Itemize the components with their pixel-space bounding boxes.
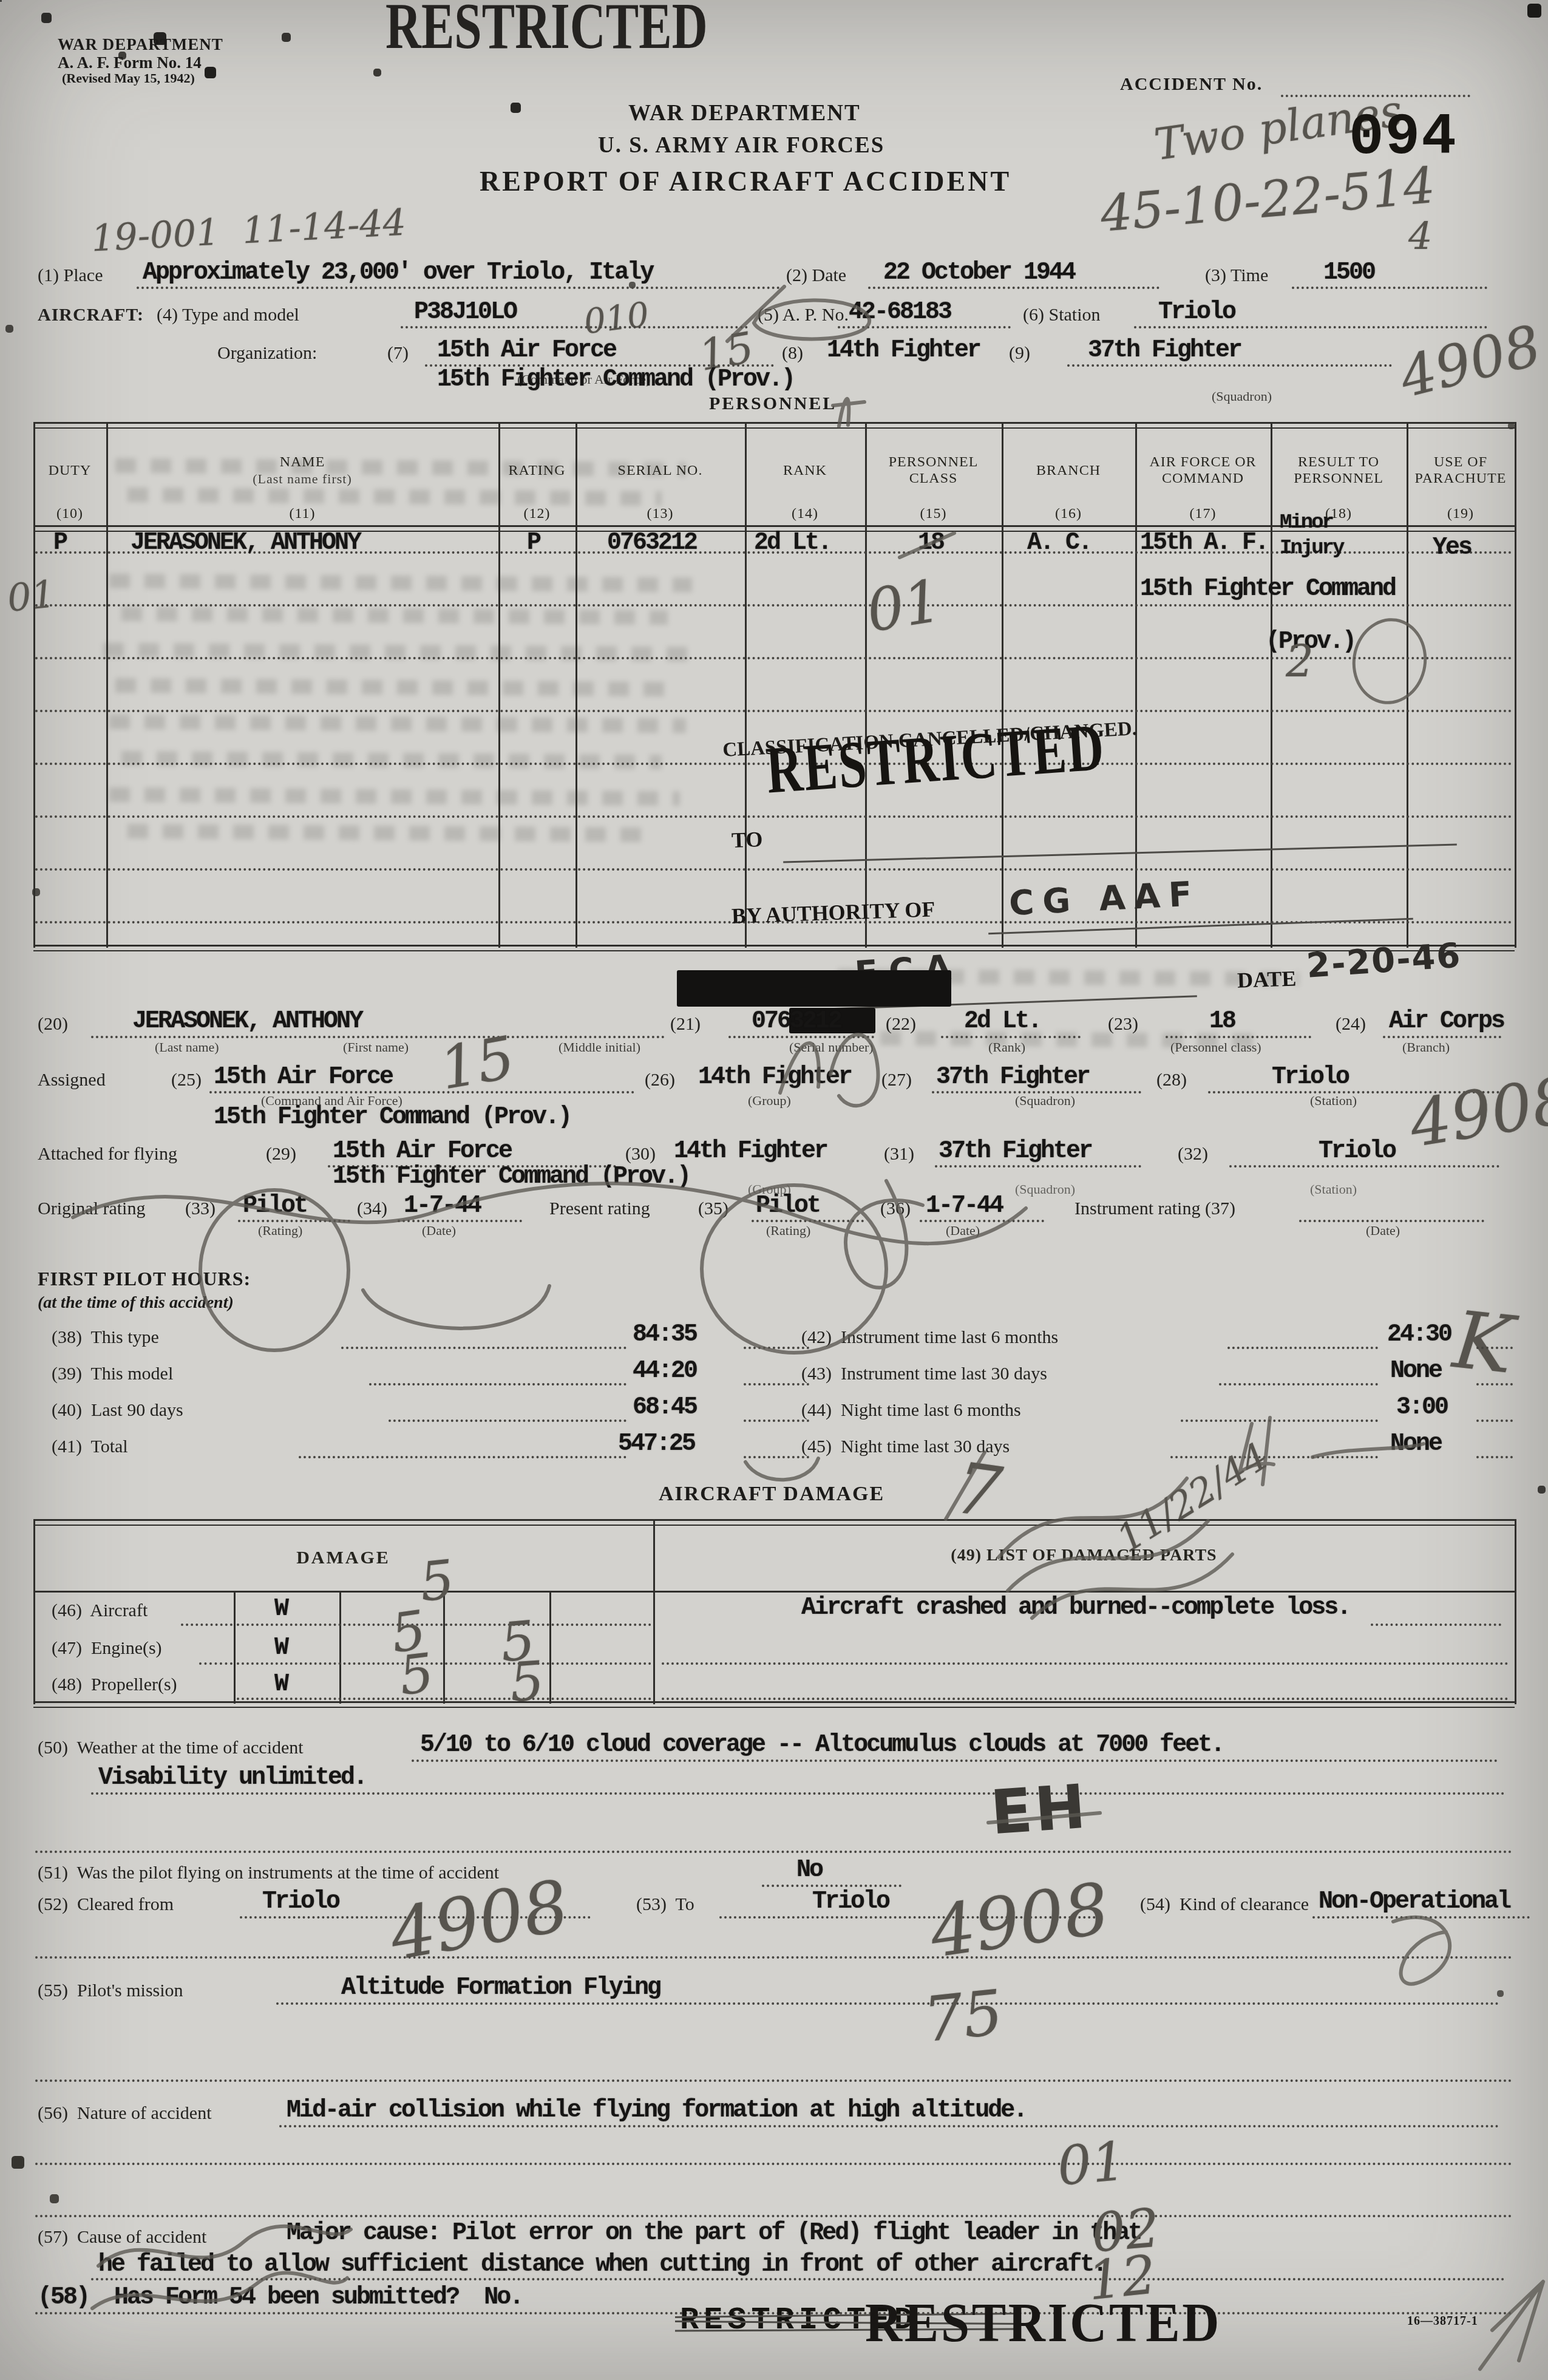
damage-46-leader (181, 1623, 233, 1626)
handwritten-case-digit: 4 (1408, 214, 1432, 258)
field-31-value: 37th Fighter (939, 1138, 1091, 1165)
bleedthrough-line (127, 824, 650, 842)
damage-47-label: (47) Engine(s) (52, 1638, 162, 1659)
hours-45-leader (1170, 1456, 1378, 1458)
table-row-rule (35, 604, 1513, 607)
sub-rating-33: (Rating) (258, 1223, 302, 1239)
field-place-label: (1) Place (38, 265, 103, 286)
field-33-rule (238, 1220, 350, 1222)
accident-number-label: ACCIDENT No. (1120, 74, 1263, 95)
hours-44-leader (1181, 1419, 1378, 1422)
row-class: 18 (918, 529, 943, 557)
sub-squadron: (Squadron) (1212, 389, 1272, 404)
first-pilot-hours-subtitle: (at the time of this accident) (38, 1293, 234, 1313)
sub-serial-number: (Serial number) (789, 1039, 874, 1055)
handwritten-date-value: 2-20-46 (1305, 936, 1462, 986)
hours-44-value: 3:00 (1396, 1394, 1447, 1421)
damage-table-top-rule (33, 1519, 1515, 1526)
field-7-value-line2: 15th Fighter Command (Prov.) (437, 366, 794, 393)
field-27-label: (27) (881, 1070, 912, 1090)
sub-rank: (Rank) (988, 1039, 1025, 1055)
field-57-label: (57) Cause of accident (38, 2227, 206, 2248)
damage-table-bottom-rule (33, 1701, 1515, 1708)
row-name: JERASONEK, ANTHONY (131, 529, 360, 557)
section-rule (35, 2215, 1513, 2217)
field-51-rule (762, 1885, 901, 1887)
damaged-parts-header: (49) LIST OF DAMAGED PARTS (653, 1547, 1515, 1563)
field-8-label: (8) (782, 343, 803, 364)
col-number-12: (12) (498, 506, 575, 522)
field-33-label: (33) (185, 1198, 216, 1219)
damage-header-rule (33, 1591, 1515, 1593)
classification-stamp-authority-label: BY AUTHORITY OF (731, 896, 935, 929)
field-22-label: (22) (886, 1014, 916, 1035)
hours-45-value: None (1390, 1430, 1441, 1458)
field-21-label: (21) (670, 1014, 701, 1035)
row-command-line1: 15th A. F. (1140, 529, 1268, 557)
handwritten-damage-5: 5 (396, 1641, 437, 1707)
damage-table-divider (234, 1591, 236, 1704)
row-parachute: Yes (1433, 534, 1471, 562)
damage-column-header: DAMAGE (33, 1549, 653, 1566)
field-26-label: (26) (645, 1070, 675, 1090)
handwritten-damage-5: 5 (508, 1649, 546, 1714)
damage-46-label: (46) Aircraft (52, 1600, 148, 1621)
field-51-value: No (796, 1857, 822, 1884)
print-code: 16—38717-1 (1407, 2314, 1478, 2328)
row-command-line2: 15th Fighter Command (1140, 576, 1395, 603)
field-32-label: (32) (1178, 1144, 1208, 1164)
damaged-parts-rule (662, 1662, 1509, 1665)
first-pilot-hours-title: FIRST PILOT HOURS: (38, 1268, 251, 1290)
pencil-flourish-clearance (1393, 1917, 1450, 1984)
field-apno-value: 42-68183 (849, 299, 951, 326)
row-serial: 0763212 (607, 529, 696, 557)
field-53-label: (53) To (636, 1894, 694, 1915)
hours-40-leader (389, 1419, 626, 1422)
sub-middle-initial: (Middle initial) (558, 1039, 640, 1055)
field-25-label: (25) (171, 1070, 202, 1090)
form-revision-note: (Revised May 15, 1942) (62, 70, 195, 86)
field-32-rule (1229, 1165, 1499, 1168)
field-23-label: (23) (1108, 1014, 1138, 1035)
pencil-loop (846, 1181, 923, 1288)
field-57-rule (91, 2278, 1506, 2280)
row-duty: P (53, 529, 66, 557)
field-50-rule (412, 1759, 1498, 1762)
field-22-rule (941, 1036, 1081, 1038)
col-number-17: (17) (1135, 506, 1271, 522)
field-58-line: (58) Has Form 54 been submitted? No. (38, 2284, 522, 2311)
hours-38-leader (341, 1347, 626, 1349)
sub-squadron-attached: (Squadron) (1015, 1181, 1075, 1197)
field-35-label: (35) (698, 1198, 728, 1219)
field-7-value: 15th Air Force (437, 337, 616, 364)
sub-branch: (Branch) (1402, 1039, 1450, 1055)
col-number-16: (16) (1002, 506, 1135, 522)
sub-last-name: (Last name) (155, 1039, 219, 1055)
row-rating: P (527, 529, 540, 557)
pencil-arc-total (745, 1458, 818, 1480)
field-organization-label: Organization: (217, 343, 317, 364)
row-result-line1: Minor (1280, 511, 1332, 534)
hours-42-trail (1476, 1347, 1513, 1349)
field-30-label: (30) (625, 1144, 656, 1164)
field-50-value: 5/10 to 6/10 cloud coverage -- Altocumul… (420, 1732, 1223, 1759)
bleedthrough-line (121, 751, 662, 769)
col-number-15: (15) (865, 506, 1002, 522)
hours-41-leader (299, 1456, 626, 1458)
field-54-value: Non-Operational (1319, 1888, 1510, 1916)
hours-38-value: 84:35 (633, 1321, 696, 1348)
pencil-arc-date (363, 1286, 549, 1328)
field-56-value: Mid-air collision while flying formation… (287, 2097, 1026, 2124)
bleedthrough-line (127, 488, 662, 506)
field-9-value: 37th Fighter (1088, 337, 1241, 364)
assigned-label: Assigned (38, 1070, 106, 1090)
field-aircraft-caption: AIRCRAFT: (38, 305, 144, 325)
damage-48-label: (48) Propeller(s) (52, 1674, 177, 1695)
field-station-label: (6) Station (1023, 305, 1101, 325)
table-row-rule (35, 710, 1513, 712)
sub-personnel-class: (Personnel class) (1170, 1039, 1261, 1055)
handwritten-authority-value: CG AAF (1008, 874, 1201, 923)
field-9-label: (9) (1009, 343, 1030, 364)
section-rule (35, 2163, 1513, 2165)
handwritten-4908-assigned: 4908 (1405, 1062, 1548, 1162)
form-number-line1: WAR DEPARTMENT (58, 35, 223, 54)
field-7-label: (7) (387, 343, 409, 364)
hours-38-trail (744, 1347, 809, 1349)
field-31-rule (935, 1165, 1141, 1168)
field-35-value: Pilot (756, 1192, 820, 1220)
field-26-value: 14th Fighter (698, 1064, 851, 1091)
personnel-section-title: PERSONNEL (709, 393, 837, 414)
hours-39-label: (39) This model (52, 1364, 173, 1384)
sub-station-attached: (Station) (1310, 1181, 1357, 1197)
hours-43-leader (1219, 1383, 1378, 1385)
damage-47-rule (237, 1662, 651, 1665)
col-header-name-sub: (Last name first) (253, 471, 352, 486)
field-place-value: Approximately 23,000' over Triolo, Italy (143, 259, 653, 287)
field-time-value: 1500 (1323, 259, 1374, 287)
field-29-value: 15th Air Force (333, 1138, 511, 1165)
field-50-value-line2: Visability unlimited. (98, 1764, 366, 1792)
field-53-value: Triolo (812, 1888, 889, 1916)
field-55-label: (55) Pilot's mission (38, 1980, 183, 2001)
col-number-13: (13) (575, 506, 745, 522)
classification-stamp-to-line (783, 843, 1457, 863)
damage-46-rule (237, 1623, 651, 1626)
field-type-label: (4) Type and model (157, 305, 299, 325)
document-title: REPORT OF AIRCRAFT ACCIDENT (480, 165, 1011, 197)
field-36-rule (920, 1220, 1044, 1222)
sub-date-36: (Date) (946, 1223, 980, 1239)
section-rule (35, 1851, 1513, 1853)
col-number-19: (19) (1407, 506, 1515, 522)
damage-47-leader (199, 1662, 233, 1665)
field-55-rule (276, 2002, 1499, 2005)
damaged-parts-value: Aircraft crashed and burned--complete lo… (801, 1594, 1349, 1622)
hours-40-label: (40) Last 90 days (52, 1400, 183, 1421)
field-28-value: Triolo (1272, 1064, 1348, 1091)
field-8-value: 14th Fighter (827, 337, 980, 364)
field-23-rule (1166, 1036, 1311, 1038)
attached-value-line2: 15th Fighter Command (Prov.) (333, 1163, 690, 1191)
handwritten-eh-initials: EH (988, 1771, 1090, 1849)
field-station-rule (1134, 326, 1487, 328)
hours-41-value: 547:25 (618, 1430, 694, 1458)
damage-48-rule (237, 1698, 651, 1700)
hours-43-label: (43) Instrument time last 30 days (801, 1364, 1047, 1384)
handwritten-class-01: 01 (862, 566, 946, 645)
field-34-value: 1-7-44 (404, 1192, 480, 1220)
table-row-rule (35, 868, 1513, 871)
handwritten-k-mark: K (1449, 1293, 1517, 1391)
hours-41-trail (744, 1456, 809, 1458)
handwritten-margin-01: 01 (5, 571, 57, 620)
field-22-value: 2d Lt. (964, 1008, 1040, 1035)
col-header-name: NAME(Last name first) (106, 454, 498, 488)
hours-39-trail (744, 1383, 809, 1385)
field-place-rule (137, 287, 780, 289)
bleedthrough-line (109, 574, 692, 593)
col-header-rating: RATING (498, 463, 575, 479)
damage-table-divider (339, 1591, 341, 1704)
field-52-value: Triolo (262, 1888, 339, 1916)
field-34-label: (34) (357, 1198, 387, 1219)
col-header-duty: DUTY (33, 463, 106, 479)
field-9-rule (1067, 364, 1392, 367)
col-header-branch: BRANCH (1002, 463, 1135, 479)
col-header-serial: SERIAL NO. (575, 463, 745, 479)
hours-39-value: 44:20 (633, 1358, 696, 1385)
sub-date-34: (Date) (422, 1223, 456, 1239)
col-header-rank: RANK (745, 463, 865, 479)
col-number-14: (14) (745, 506, 865, 522)
hours-43-trail (1476, 1383, 1513, 1385)
field-25-value: 15th Air Force (214, 1064, 392, 1091)
handwritten-zero-circle (1346, 613, 1433, 709)
present-rating-label: Present rating (549, 1198, 650, 1219)
col-header-result: RESULT TO PERSONNEL (1271, 454, 1407, 487)
field-time-rule (1292, 287, 1487, 289)
hours-40-value: 68:45 (633, 1394, 696, 1421)
classification-stamp-date-label: DATE (1237, 965, 1297, 993)
sub-first-name: (First name) (343, 1039, 409, 1055)
sub-station: (Station) (1310, 1093, 1357, 1109)
field-51-label: (51) Was the pilot flying on instruments… (38, 1863, 499, 1883)
pencil-arrow-mark (1480, 2282, 1543, 2369)
aircraft-damage-title: AIRCRAFT DAMAGE (659, 1483, 884, 1506)
damage-47-code: W (274, 1634, 287, 1662)
handwritten-case-number: 45-10-22-514 (1098, 157, 1438, 243)
field-30-value: 14th Fighter (674, 1138, 827, 1165)
field-type-value: P38J10LO (414, 299, 516, 326)
field-50-rule2 (91, 1792, 1506, 1795)
assigned-value-line2: 15th Fighter Command (Prov.) (214, 1104, 571, 1131)
paper-speckles (0, 0, 2, 2)
damage-table-border (1515, 1519, 1516, 1704)
table-row-rule (35, 815, 1513, 818)
damage-46-code: W (274, 1596, 287, 1623)
section-rule (35, 1956, 1513, 1959)
col-header-class: PERSONNEL CLASS (865, 454, 1002, 487)
field-type-rule (401, 326, 748, 328)
handwritten-01: 01 (1055, 2129, 1129, 2197)
sub-rating-35: (Rating) (766, 1223, 810, 1239)
field-54-label: (54) Kind of clearance (1140, 1894, 1309, 1915)
attached-label: Attached for flying (38, 1144, 177, 1164)
personnel-table-border (1515, 422, 1516, 948)
field-32-value: Triolo (1319, 1138, 1395, 1165)
damage-48-code: W (274, 1671, 287, 1698)
field-36-label: (36) (880, 1198, 911, 1219)
masthead-department: WAR DEPARTMENT (628, 100, 861, 126)
handwritten-docket-number: 19-001 11-14-44 (90, 201, 407, 260)
handwritten-review-date: 11/22/44 (1109, 1434, 1276, 1561)
restricted-stamp-bottom: RESTRICTED (865, 2290, 1221, 2354)
damage-table-divider (549, 1591, 551, 1704)
form-number-line2: A. A. F. Form No. 14 (58, 53, 202, 72)
field-33-value: Pilot (243, 1192, 307, 1220)
field-36-value: 1-7-44 (926, 1192, 1002, 1220)
field-date-value: 22 October 1944 (883, 259, 1074, 287)
field-56-label: (56) Nature of accident (38, 2103, 212, 2124)
classification-stamp-to-label: TO (731, 826, 763, 853)
col-header-name-main: NAME (280, 454, 325, 470)
field-time-label: (3) Time (1205, 265, 1268, 286)
scanned-accident-report-page: WAR DEPARTMENT A. A. F. Form No. 14 (Rev… (0, 0, 1548, 2380)
damaged-parts-trail (1371, 1623, 1501, 1626)
field-24-value: Air Corps (1389, 1008, 1504, 1035)
hours-42-value: 24:30 (1387, 1321, 1451, 1348)
field-37-rule (1299, 1220, 1484, 1222)
field-37-label: Instrument rating (37) (1074, 1198, 1235, 1219)
field-57-value: Major cause: Pilot error on the part of … (287, 2220, 1141, 2247)
field-52-label: (52) Cleared from (38, 1894, 174, 1915)
field-date-label: (2) Date (786, 265, 846, 286)
personnel-table-top-rule (33, 422, 1515, 429)
col-header-parachute: USE OF PARACHUTE (1407, 454, 1515, 487)
sub-squadron: (Squadron) (1015, 1093, 1075, 1109)
field-21-value: 0763212 (752, 1008, 841, 1035)
section-rule (35, 2079, 1513, 2082)
sub-group: (Group) (748, 1093, 791, 1109)
hours-45-trail (1476, 1456, 1513, 1458)
field-station-value: Triolo (1158, 299, 1235, 326)
row-branch: A. C. (1027, 529, 1091, 557)
field-21-rule (728, 1036, 874, 1038)
bleedthrough-line (121, 607, 668, 625)
field-20-rule (91, 1036, 665, 1038)
field-24-label: (24) (1336, 1014, 1366, 1035)
field-date-rule (868, 287, 1159, 289)
bleedthrough-line (115, 678, 674, 696)
handwritten-2: 2 (1286, 636, 1314, 687)
redaction-bar (677, 970, 951, 1007)
field-20-label: (20) (38, 1014, 68, 1035)
row-result-line2: Injury (1280, 537, 1343, 560)
field-54-rule (1312, 1916, 1530, 1919)
field-57-value-line2: he failed to allow sufficient distance w… (98, 2251, 1105, 2279)
personnel-table-bottom-rule (33, 945, 1515, 951)
hours-39-leader (369, 1383, 626, 1385)
field-34-rule (398, 1220, 522, 1222)
field-56-rule (279, 2125, 1499, 2127)
sub-date-37: (Date) (1366, 1223, 1400, 1239)
row-rank: 2d Lt. (754, 529, 830, 557)
damage-table-border (33, 1519, 35, 1704)
handwritten-damage-5: 5 (417, 1548, 457, 1613)
masthead-organization: U. S. ARMY AIR FORCES (598, 132, 884, 158)
hours-43-value: None (1390, 1358, 1441, 1385)
bleedthrough-line (109, 787, 680, 806)
col-number-11: (11) (106, 506, 498, 522)
field-31-label: (31) (884, 1144, 914, 1164)
field-20-value: JERASONEK, ANTHONY (132, 1008, 362, 1035)
hours-44-label: (44) Night time last 6 months (801, 1400, 1021, 1421)
damaged-parts-rule (662, 1698, 1509, 1700)
hours-44-trail (1476, 1419, 1513, 1422)
field-55-value: Altitude Formation Flying (341, 1974, 660, 2002)
original-rating-label: Original rating (38, 1198, 145, 1219)
field-27-value: 37th Fighter (936, 1064, 1089, 1091)
field-29-label: (29) (266, 1144, 296, 1164)
hours-41-label: (41) Total (52, 1436, 128, 1457)
field-apno-rule (838, 326, 1011, 328)
handwritten-75: 75 (920, 1977, 1007, 2057)
field-23-value: 18 (1209, 1008, 1235, 1035)
restricted-stamp-top: RESTRICTED (385, 0, 708, 64)
col-header-command: AIR FORCE OR COMMAND (1135, 454, 1271, 487)
col-number-10: (10) (33, 506, 106, 522)
hours-42-label: (42) Instrument time last 6 months (801, 1327, 1058, 1348)
classification-stamp-restricted: RESTRICTED (764, 709, 1107, 809)
hours-38-label: (38) This type (52, 1327, 159, 1348)
field-24-rule (1383, 1036, 1501, 1038)
field-apno-label: (5) A. P. No. (758, 305, 849, 325)
hours-40-trail (744, 1419, 809, 1422)
bleedthrough-line (109, 715, 686, 733)
field-35-rule (752, 1220, 864, 1222)
field-28-label: (28) (1156, 1070, 1187, 1090)
handwritten-type-correction: 010 (582, 295, 651, 342)
field-50-label: (50) Weather at the time of accident (38, 1738, 304, 1758)
hours-42-leader (1227, 1347, 1378, 1349)
